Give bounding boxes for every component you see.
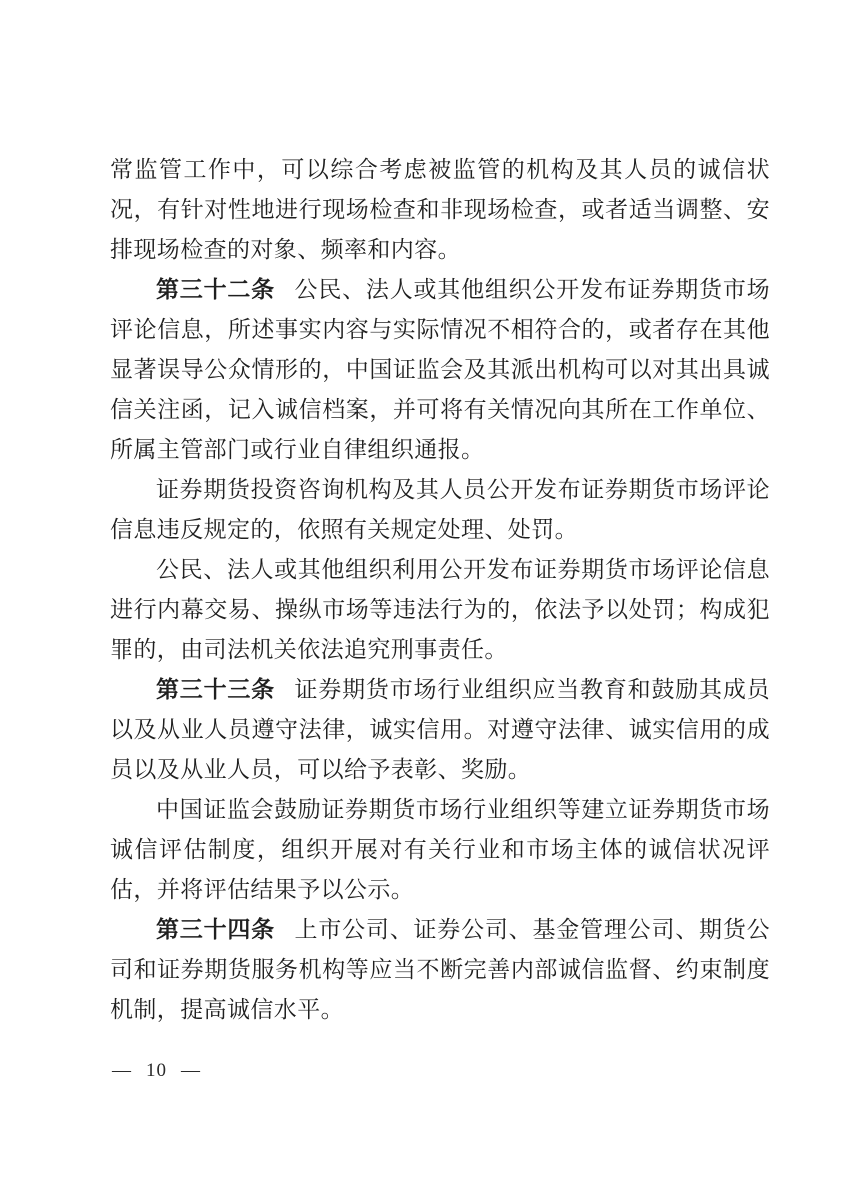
- document-page: 常监管工作中，可以综合考虑被监管的机构及其人员的诚信状况，有针对性地进行现场检查…: [0, 0, 849, 1200]
- page-number: 10: [146, 1058, 167, 1084]
- article-number-label: 第三十二条: [156, 277, 275, 302]
- paragraph-article-33: 第三十三条证券期货市场行业组织应当教育和鼓励其成员以及从业人员遵守法律，诚实信用…: [110, 670, 770, 790]
- page-footer: —10—: [112, 1058, 201, 1084]
- paragraph: 常监管工作中，可以综合考虑被监管的机构及其人员的诚信状况，有针对性地进行现场检查…: [110, 150, 770, 270]
- paragraph: 证券期货投资咨询机构及其人员公开发布证券期货市场评论信息违反规定的，依照有关规定…: [110, 470, 770, 550]
- paragraph-article-34: 第三十四条上市公司、证券公司、基金管理公司、期货公司和证券期货服务机构等应当不断…: [110, 910, 770, 1030]
- footer-dash-right: —: [181, 1058, 201, 1084]
- paragraph-article-32: 第三十二条公民、法人或其他组织公开发布证券期货市场评论信息，所述事实内容与实际情…: [110, 270, 770, 470]
- paragraph-text: 公民、法人或其他组织公开发布证券期货市场评论信息，所述事实内容与实际情况不相符合…: [110, 277, 770, 462]
- footer-dash-left: —: [112, 1058, 132, 1084]
- paragraph: 公民、法人或其他组织利用公开发布证券期货市场评论信息进行内幕交易、操纵市场等违法…: [110, 550, 770, 670]
- article-number-label: 第三十三条: [156, 677, 275, 702]
- text-block: 常监管工作中，可以综合考虑被监管的机构及其人员的诚信状况，有针对性地进行现场检查…: [110, 150, 770, 1030]
- article-number-label: 第三十四条: [156, 917, 275, 942]
- paragraph: 中国证监会鼓励证券期货市场行业组织等建立证券期货市场诚信评估制度，组织开展对有关…: [110, 790, 770, 910]
- paragraph-text: 证券期货投资咨询机构及其人员公开发布证券期货市场评论信息违反规定的，依照有关规定…: [110, 477, 770, 542]
- paragraph-text: 中国证监会鼓励证券期货市场行业组织等建立证券期货市场诚信评估制度，组织开展对有关…: [110, 797, 770, 902]
- paragraph-text: 常监管工作中，可以综合考虑被监管的机构及其人员的诚信状况，有针对性地进行现场检查…: [110, 157, 770, 262]
- paragraph-text: 公民、法人或其他组织利用公开发布证券期货市场评论信息进行内幕交易、操纵市场等违法…: [110, 557, 770, 662]
